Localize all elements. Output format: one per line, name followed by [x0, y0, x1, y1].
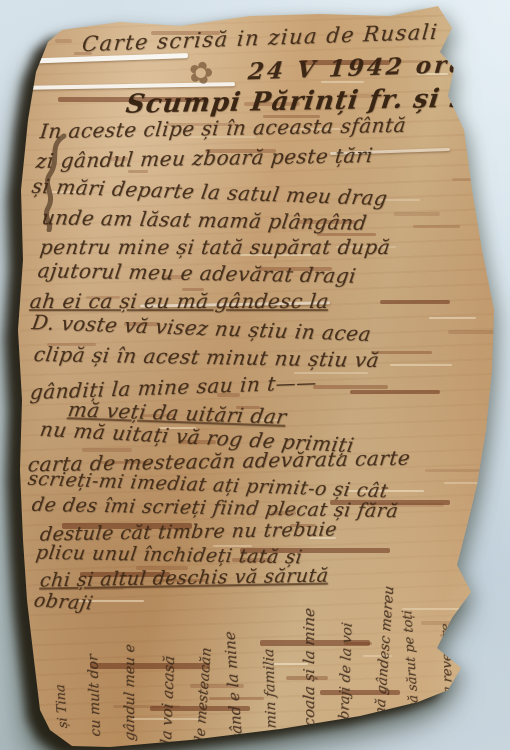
letter-line: obraji [32, 590, 95, 615]
letter-line: ajutorul meu e adevărat dragi [36, 258, 357, 287]
letter-line: D. voste vă visez nu știu in acea [30, 310, 373, 346]
rotated-letter-line: cu mult dor [85, 654, 104, 737]
letter-line: unde am lăsat mamă plângând [40, 205, 368, 235]
rotated-letter-line: mă gândesc mereu [372, 585, 397, 722]
rotated-letter-line: Amin familia [261, 648, 280, 739]
letter-line: In aceste clipe și în aceasta sfântă [39, 113, 408, 143]
letter-line: și mări departe la satul meu drag [30, 174, 389, 210]
rotated-letter-line: gândul meu e [122, 643, 138, 741]
letter-title-line: Carte scrisă in ziua de Rusali [81, 20, 439, 57]
bark-lenticel [36, 26, 52, 28]
rotated-letter-line: școala și la mine [300, 607, 318, 735]
letter-line: ah ei ca și eu mă gândesc la [29, 289, 331, 313]
rotated-letter-line: obraji de la voi [336, 622, 356, 730]
bark-lenticel [425, 469, 488, 472]
letter-line: plicu unul închideți tată și [34, 542, 303, 569]
birch-bark-letter: ✿ Carte scrisă in ziua de Rusali 24 V 19… [0, 0, 510, 750]
bark-lenticel [394, 212, 440, 216]
bark-lenticel [444, 482, 508, 484]
bark-lenticel [448, 330, 496, 334]
photo-stage: ✿ Carte scrisă in ziua de Rusali 24 V 19… [0, 0, 510, 750]
rotated-letter-line: de mesteacăn [192, 646, 215, 746]
rotated-letter-line: la voi acasă [157, 655, 178, 746]
letter-date-line: 24 V 1942 ora 4 [247, 50, 498, 86]
bark-lenticel [452, 178, 484, 181]
rotated-letter-line: și Tina [53, 684, 71, 728]
bark-lenticel [90, 663, 210, 669]
rotated-letter-line: vă sărut pe toți [400, 610, 422, 710]
bark-lenticel [55, 39, 72, 43]
letter-line: clipă și în acest minut nu știu vă [32, 342, 380, 372]
paper-shadow: ✿ Carte scrisă in ziua de Rusali 24 V 19… [0, 0, 510, 750]
bark-lenticel [429, 317, 476, 319]
letter-line: zi gândul meu zboară peste țări [35, 143, 375, 173]
letter-line: pentru mine și tată supărat după [39, 235, 392, 259]
rotated-letter-line: la revedere [438, 623, 456, 699]
bark-lenticel [413, 225, 460, 228]
bark-lenticel [350, 390, 440, 394]
bark-lenticel [421, 621, 500, 625]
letter-line: chi și altul deschis vă sărută [39, 564, 330, 591]
bark-lenticel [380, 300, 450, 304]
bark-lenticel [390, 364, 452, 366]
bark-lenticel [313, 385, 388, 389]
rotated-letter-line: când e la mine [220, 631, 246, 742]
